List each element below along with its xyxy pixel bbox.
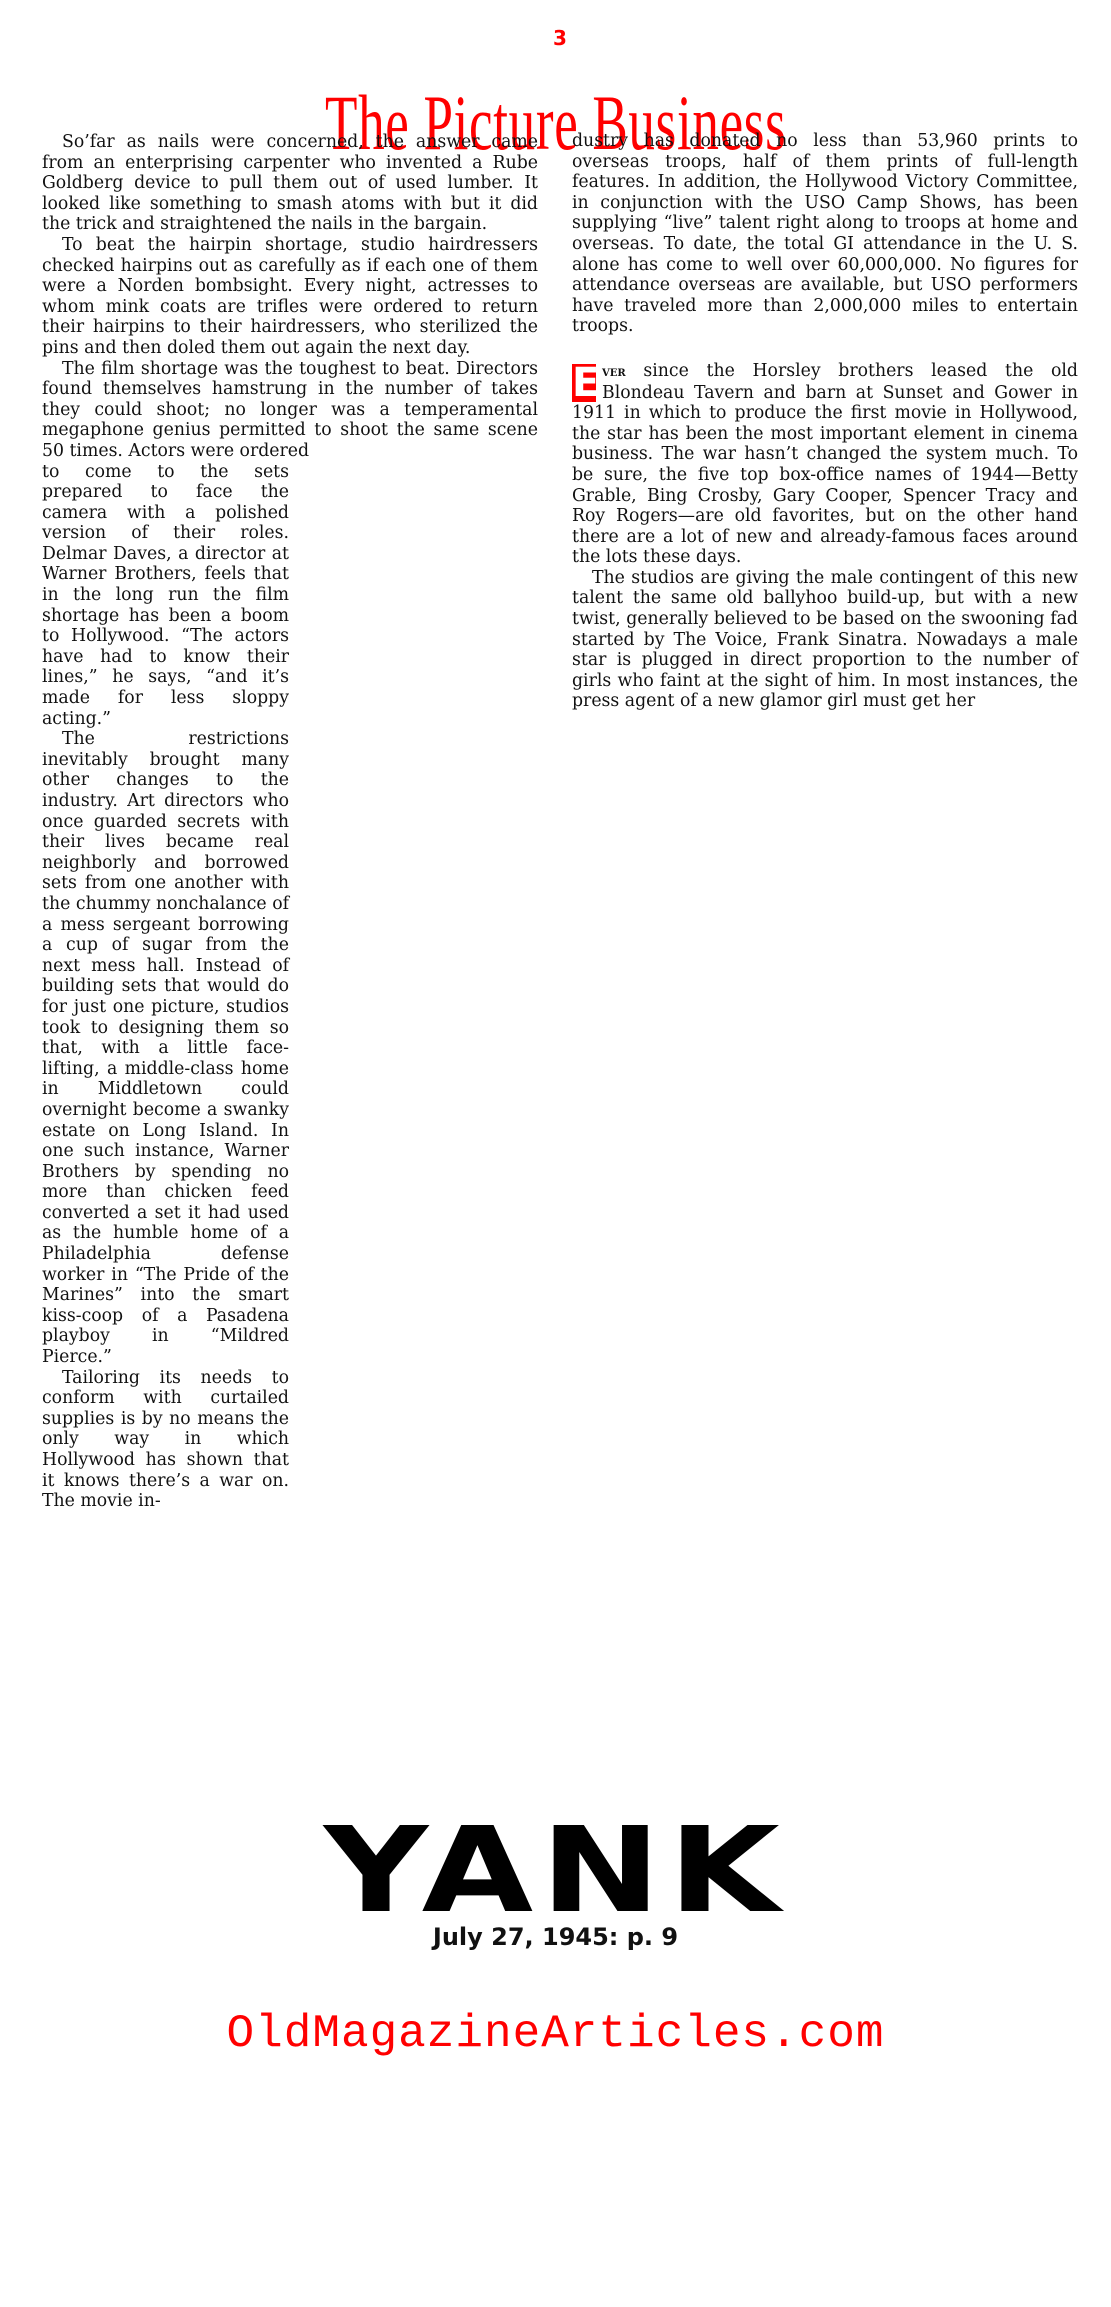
paragraph: The film shortage was the toughest to be… xyxy=(42,359,538,462)
publication-logo: YANK xyxy=(0,1820,1111,1920)
paragraph: dustry has donated no less than 53,960 p… xyxy=(572,131,1078,337)
section-opening-paragraph: Ever since the Horsley brothers leased t… xyxy=(572,361,1078,568)
left-column: So’far as nails were concerned, the answ… xyxy=(42,132,538,1512)
site-link[interactable]: OldMagazineArticles.com xyxy=(0,2008,1111,2060)
right-column: dustry has donated no less than 53,960 p… xyxy=(572,131,1078,712)
paragraph: So’far as nails were concerned, the answ… xyxy=(42,132,538,235)
issue-date: July 27, 1945: p. 9 xyxy=(0,1923,1111,1951)
drop-cap: E xyxy=(572,364,596,402)
paragraph: The restrictions inevitably brought many… xyxy=(42,729,289,1367)
paragraph: Tailoring its needs to conform with curt… xyxy=(42,1368,289,1512)
article-header: 3 The Picture Business xyxy=(0,0,1111,125)
narrow-text-block: to come to the sets prepared to face the… xyxy=(42,462,289,1512)
section-break xyxy=(572,337,1078,361)
paragraph: to come to the sets prepared to face the… xyxy=(42,462,289,730)
drop-cap-continuation: ver xyxy=(602,364,626,380)
paragraph-text: since the Horsley brothers leased the ol… xyxy=(572,361,1078,567)
paragraph: The studios are giving the male continge… xyxy=(572,568,1078,712)
page-number: 3 xyxy=(553,26,567,50)
paragraph: To beat the hairpin shortage, studio hai… xyxy=(42,235,538,359)
